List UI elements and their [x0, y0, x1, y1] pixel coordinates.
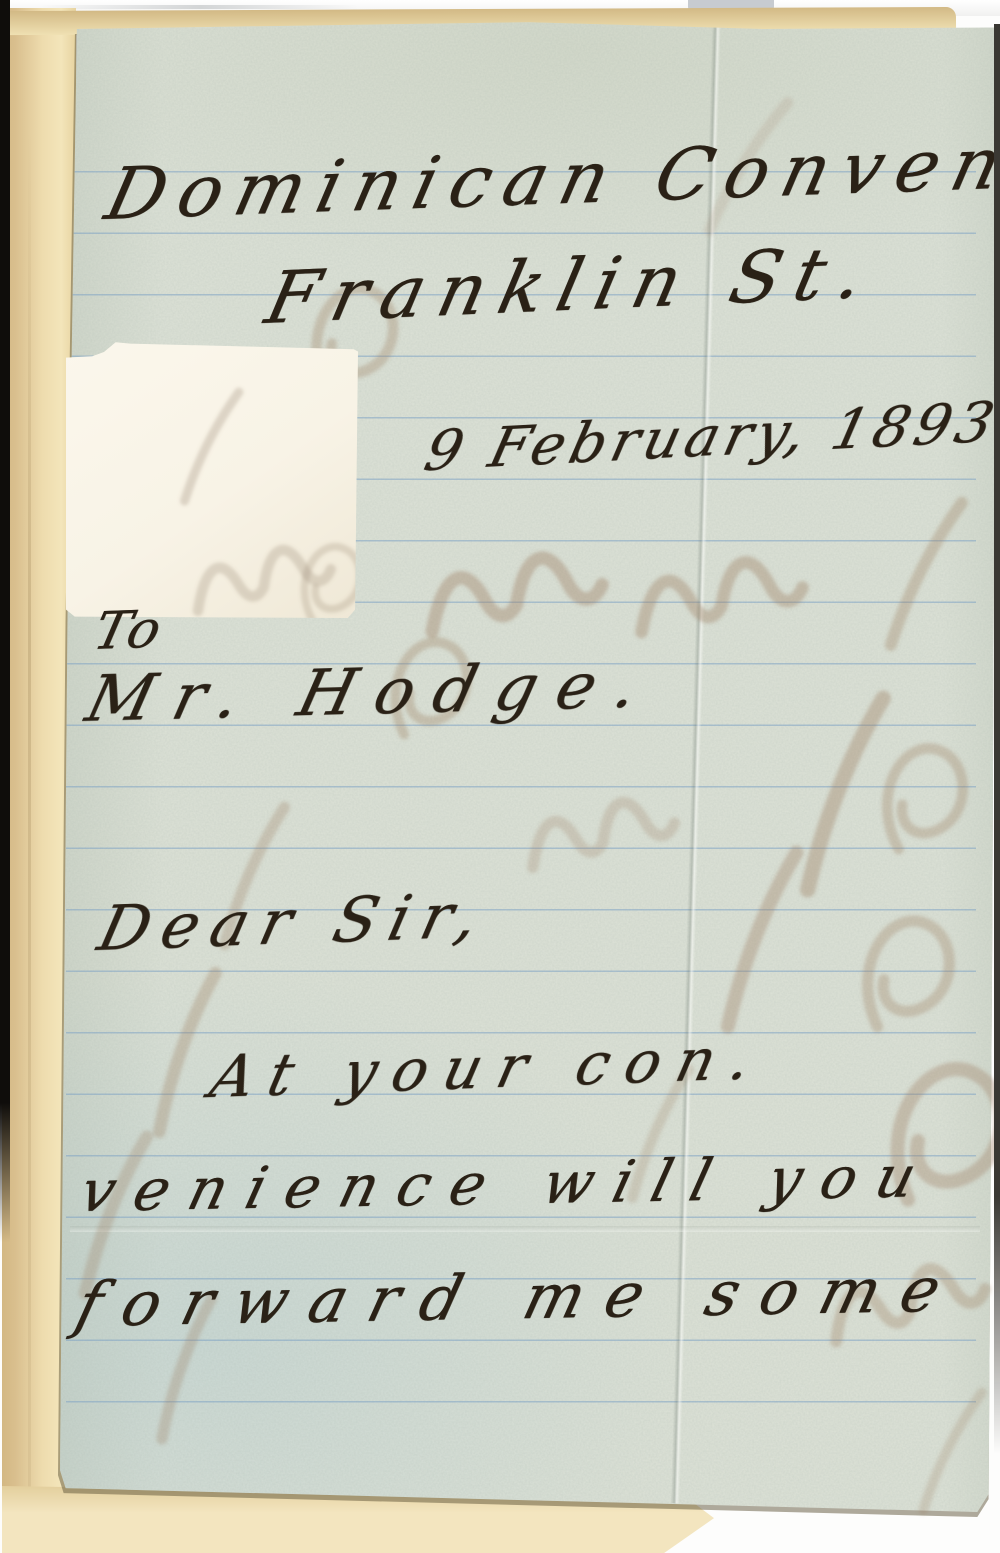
recipient-line-2: Mr. Hodge. [80, 653, 664, 732]
recipient-line-1: To [89, 604, 168, 658]
scanner-edge-left [0, 0, 10, 1553]
horizontal-fold-crease [70, 1226, 980, 1232]
white-paper-patch [66, 338, 358, 618]
salutation-line: Dear Sir, [93, 885, 496, 960]
scanner-edge-right [994, 24, 1000, 1454]
patch-ghost-marks [66, 338, 358, 618]
body-line-2: venience will you [75, 1147, 942, 1220]
scanned-letter-page: Dominican Convent Franklin St. 9 Februar… [0, 0, 1000, 1553]
scanner-top-smudge [40, 5, 360, 9]
body-line-3: forward me some [70, 1259, 968, 1336]
